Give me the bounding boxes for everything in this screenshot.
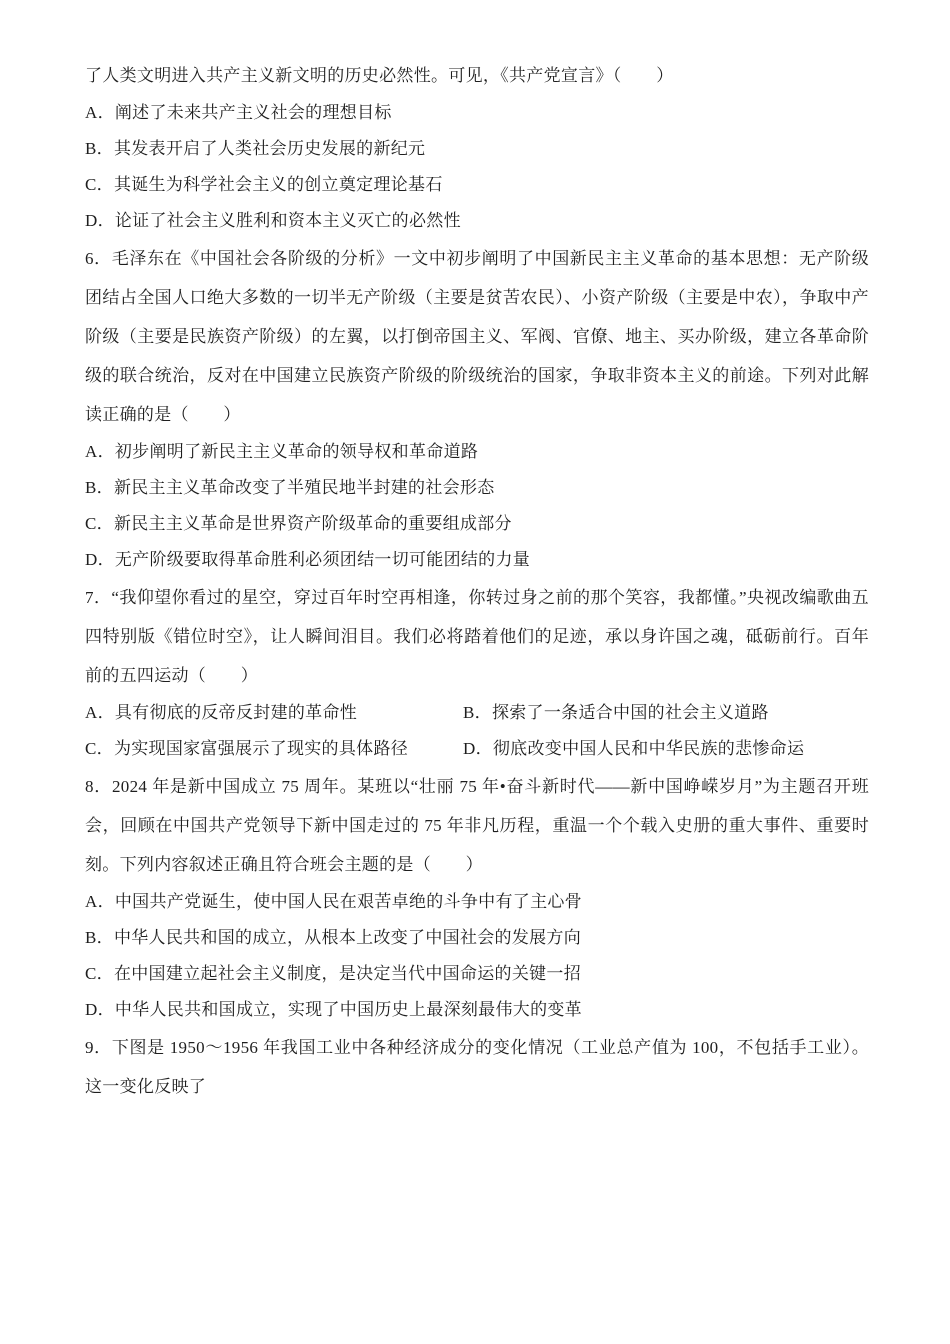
question-7-options-row-1: A．具有彻底的反帝反封建的革命性 B．探索了一条适合中国的社会主义道路 [85, 695, 869, 731]
question-7-option-c: C．为实现国家富强展示了现实的具体路径 [85, 731, 463, 767]
question-9-stem: 9．下图是 1950～1956 年我国工业中各种经济成分的变化情况（工业总产值为… [85, 1028, 869, 1106]
question-6-option-b: B．新民主主义革命改变了半殖民地半封建的社会形态 [85, 470, 869, 506]
question-6-option-d: D．无产阶级要取得革命胜利必须团结一切可能团结的力量 [85, 542, 869, 578]
question-8-option-a: A．中国共产党诞生，使中国人民在艰苦卓绝的斗争中有了主心骨 [85, 884, 869, 920]
question-8-option-d: D．中华人民共和国成立，实现了中国历史上最深刻最伟大的变革 [85, 992, 869, 1028]
question-8-stem: 8．2024 年是新中国成立 75 周年。某班以“壮丽 75 年•奋斗新时代——… [85, 767, 869, 884]
question-8-option-b: B．中华人民共和国的成立，从根本上改变了中国社会的发展方向 [85, 920, 869, 956]
question-8-option-c: C．在中国建立起社会主义制度，是决定当代中国命运的关键一招 [85, 956, 869, 992]
exam-content: 了人类文明进入共产主义新文明的历史必然性。可见，《共产党宣言》（ ） A．阐述了… [85, 56, 869, 1106]
question-7-option-a: A．具有彻底的反帝反封建的革命性 [85, 695, 463, 731]
question-5-option-a: A．阐述了未来共产主义社会的理想目标 [85, 95, 869, 131]
exam-page: 了人类文明进入共产主义新文明的历史必然性。可见，《共产党宣言》（ ） A．阐述了… [0, 0, 950, 1344]
question-7-stem: 7．“我仰望你看过的星空，穿过百年时空再相逢，你转过身之前的那个笑容，我都懂。”… [85, 578, 869, 695]
question-6-option-c: C．新民主主义革命是世界资产阶级革命的重要组成部分 [85, 506, 869, 542]
question-6-option-a: A．初步阐明了新民主主义革命的领导权和革命道路 [85, 434, 869, 470]
question-6-stem: 6．毛泽东在《中国社会各阶级的分析》一文中初步阐明了中国新民主主义革命的基本思想… [85, 239, 869, 434]
question-7-option-d: D．彻底改变中国人民和中华民族的悲惨命运 [463, 731, 869, 767]
question-7-options-row-2: C．为实现国家富强展示了现实的具体路径 D．彻底改变中国人民和中华民族的悲惨命运 [85, 731, 869, 767]
question-5-option-b: B．其发表开启了人类社会历史发展的新纪元 [85, 131, 869, 167]
question-7-option-b: B．探索了一条适合中国的社会主义道路 [463, 695, 869, 731]
question-5-option-c: C．其诞生为科学社会主义的创立奠定理论基石 [85, 167, 869, 203]
question-5-option-d: D．论证了社会主义胜利和资本主义灭亡的必然性 [85, 203, 869, 239]
question-5-stem-continuation: 了人类文明进入共产主义新文明的历史必然性。可见，《共产党宣言》（ ） [85, 56, 869, 95]
